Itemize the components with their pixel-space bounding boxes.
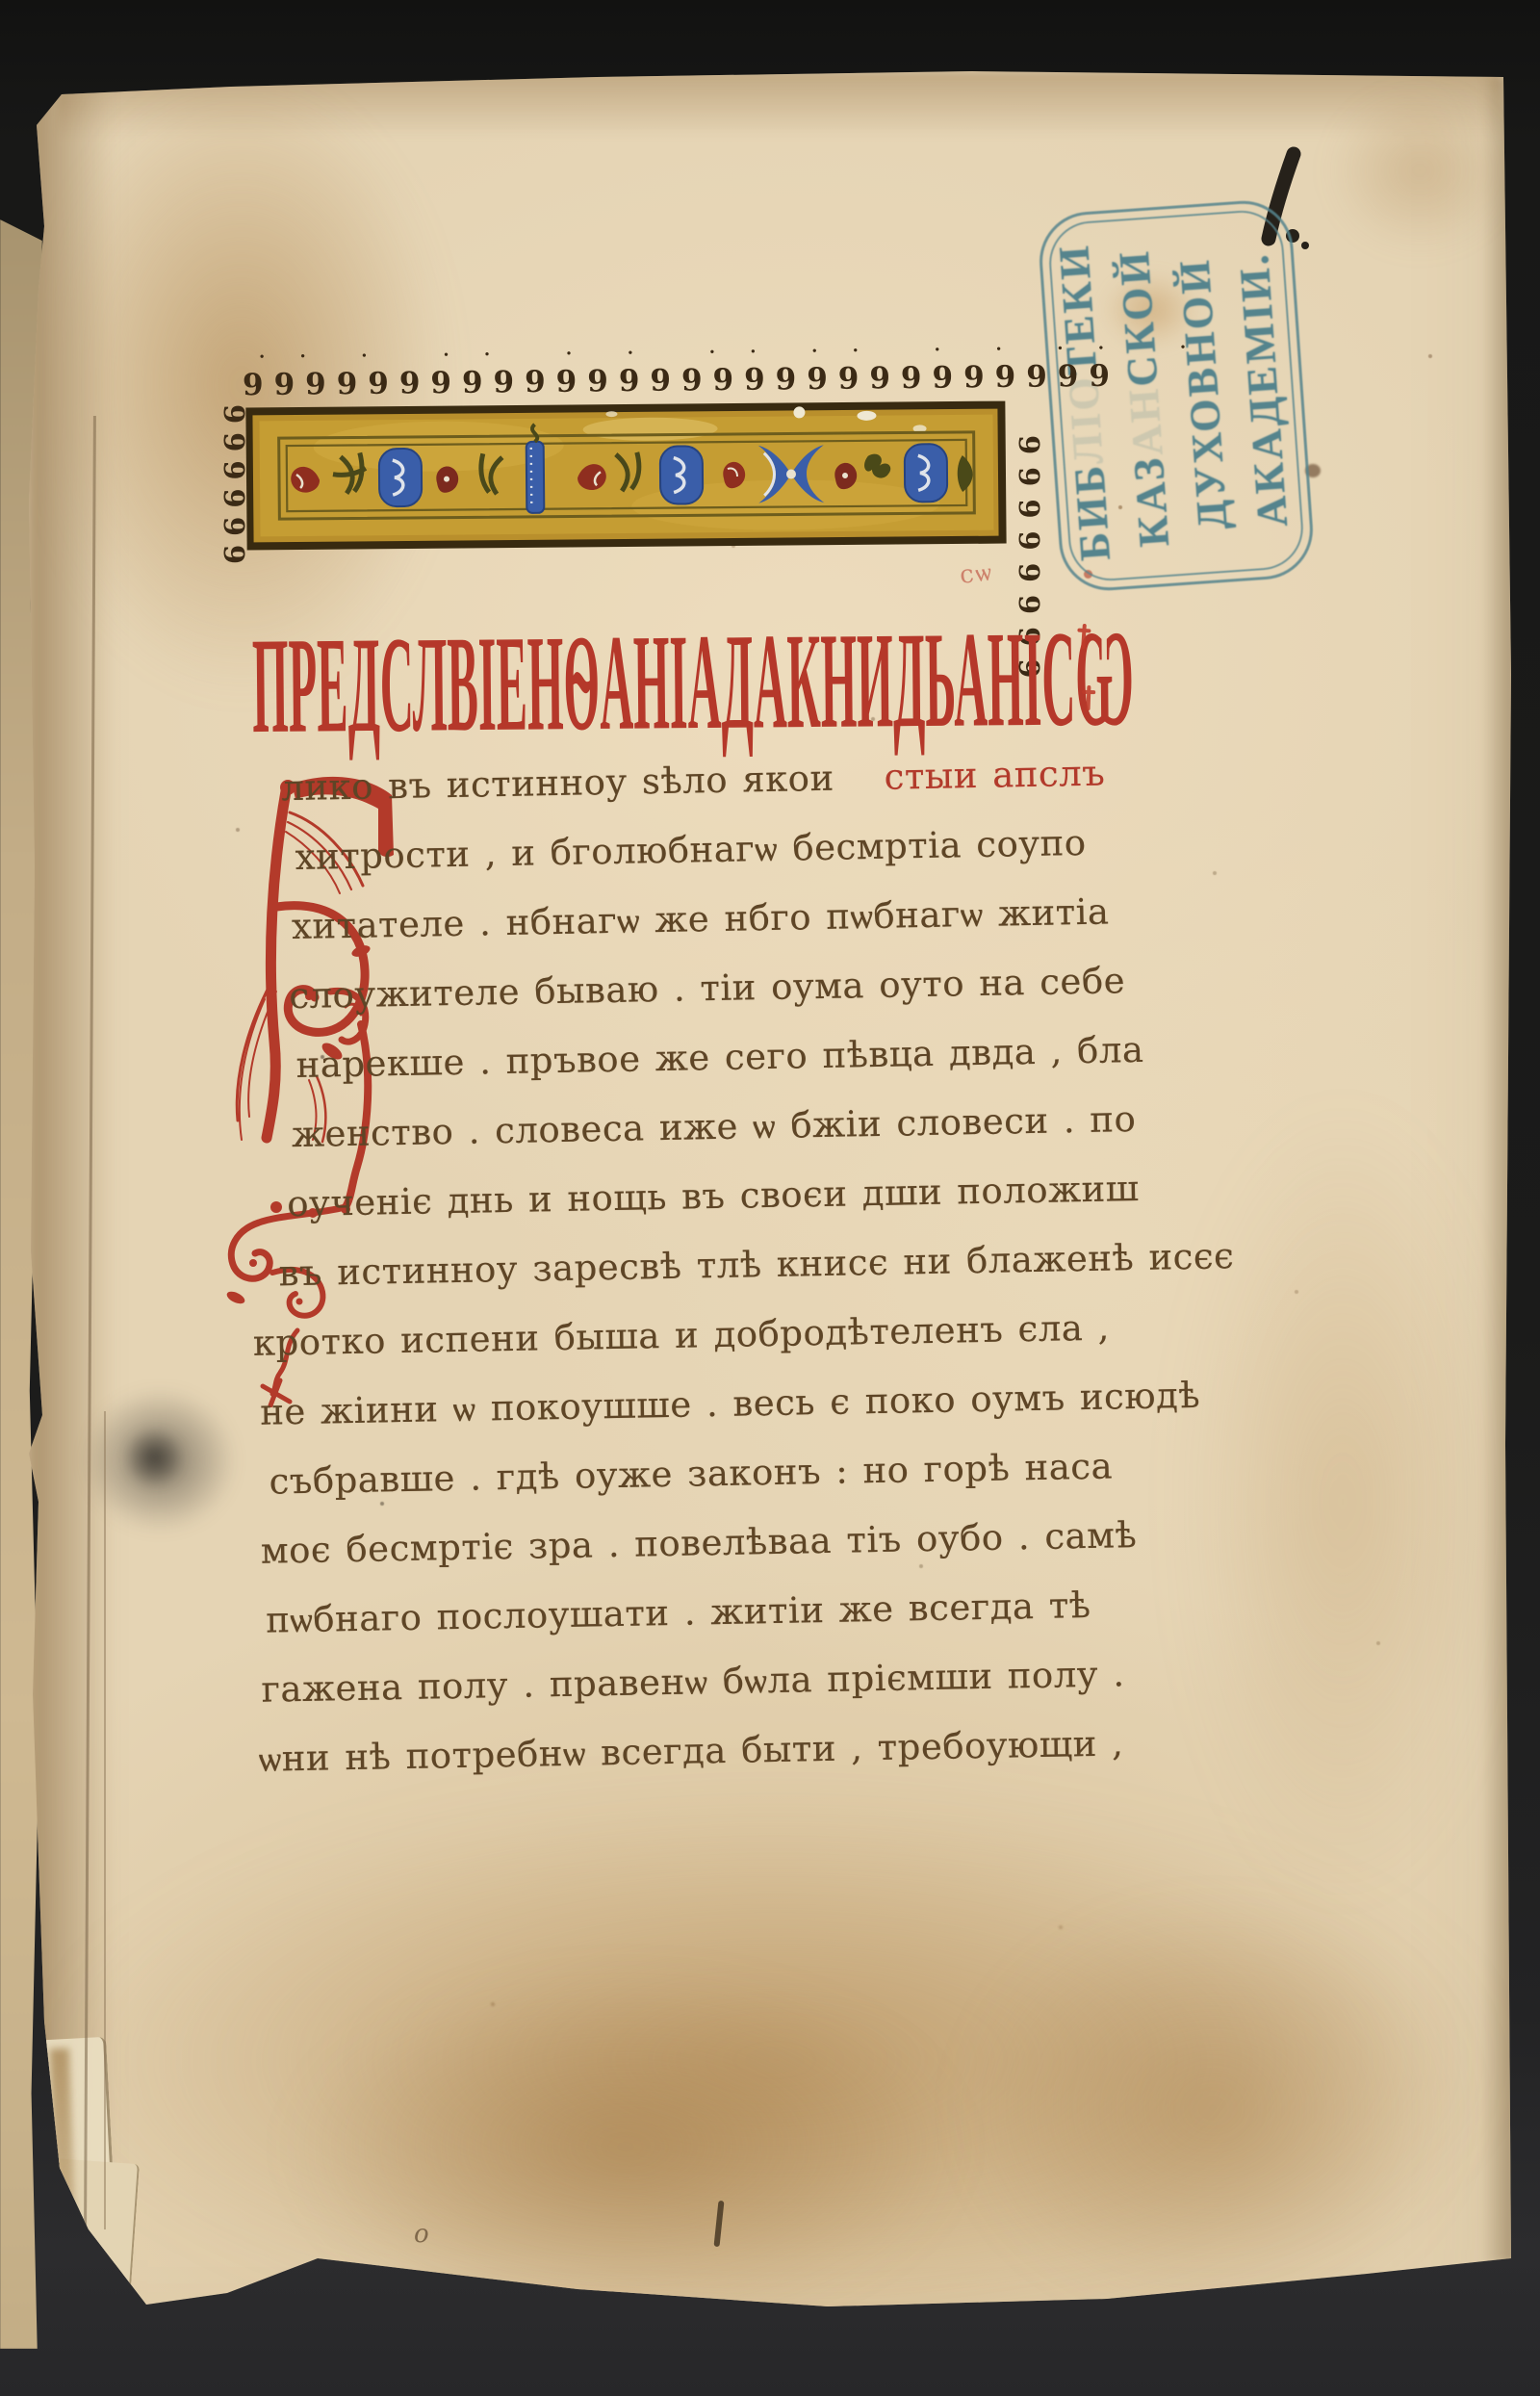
stain [1328,89,1511,252]
vyaz-title: ПРЕДСЛВІЕНѲАНІАДАКНИДЬАНІСѠ сѡ [251,603,1041,749]
manuscript-photo: БИБЛІОТЕКИ КАЗАНСКОЙ ДУХОВНОЙ АКАДЕМІИ. … [0,0,1540,2396]
speckles [0,0,4,4]
stamp-text: БИБЛІОТЕКИ КАЗАНСКОЙ ДУХОВНОЙ АКАДЕМІИ. [1043,215,1309,578]
bottom-letter-mark: о [414,2220,429,2249]
ink-smudge [123,1427,185,1488]
fold-crease [104,1411,106,2229]
vyaz-superscript: сѡ [958,557,994,590]
headpiece-ornament [245,399,1007,554]
manuscript-page: БИБЛІОТЕКИ КАЗАНСКОЙ ДУХОВНОЙ АКАДЕМІИ. … [0,0,1540,2396]
text-block: лико въ истинноу ѕѣло якоистыи апслъ хит… [241,752,1165,1808]
penwork-curls-row: 9999999999999999999999999999 [243,360,1022,402]
vyaz-title-text: ПРЕДСЛВІЕНѲАНІАДАКНИДЬАНІСѠ [251,603,1134,767]
stain [962,1906,1463,2310]
library-stamp: БИБЛІОТЕКИ КАЗАНСКОЙ ДУХОВНОЙ АКАДЕМІИ. [1037,197,1317,593]
stain [1184,1107,1501,1896]
stain [1482,77,1515,2262]
rubric-words: стыи апслъ [884,753,1105,798]
stain [289,1973,962,2320]
